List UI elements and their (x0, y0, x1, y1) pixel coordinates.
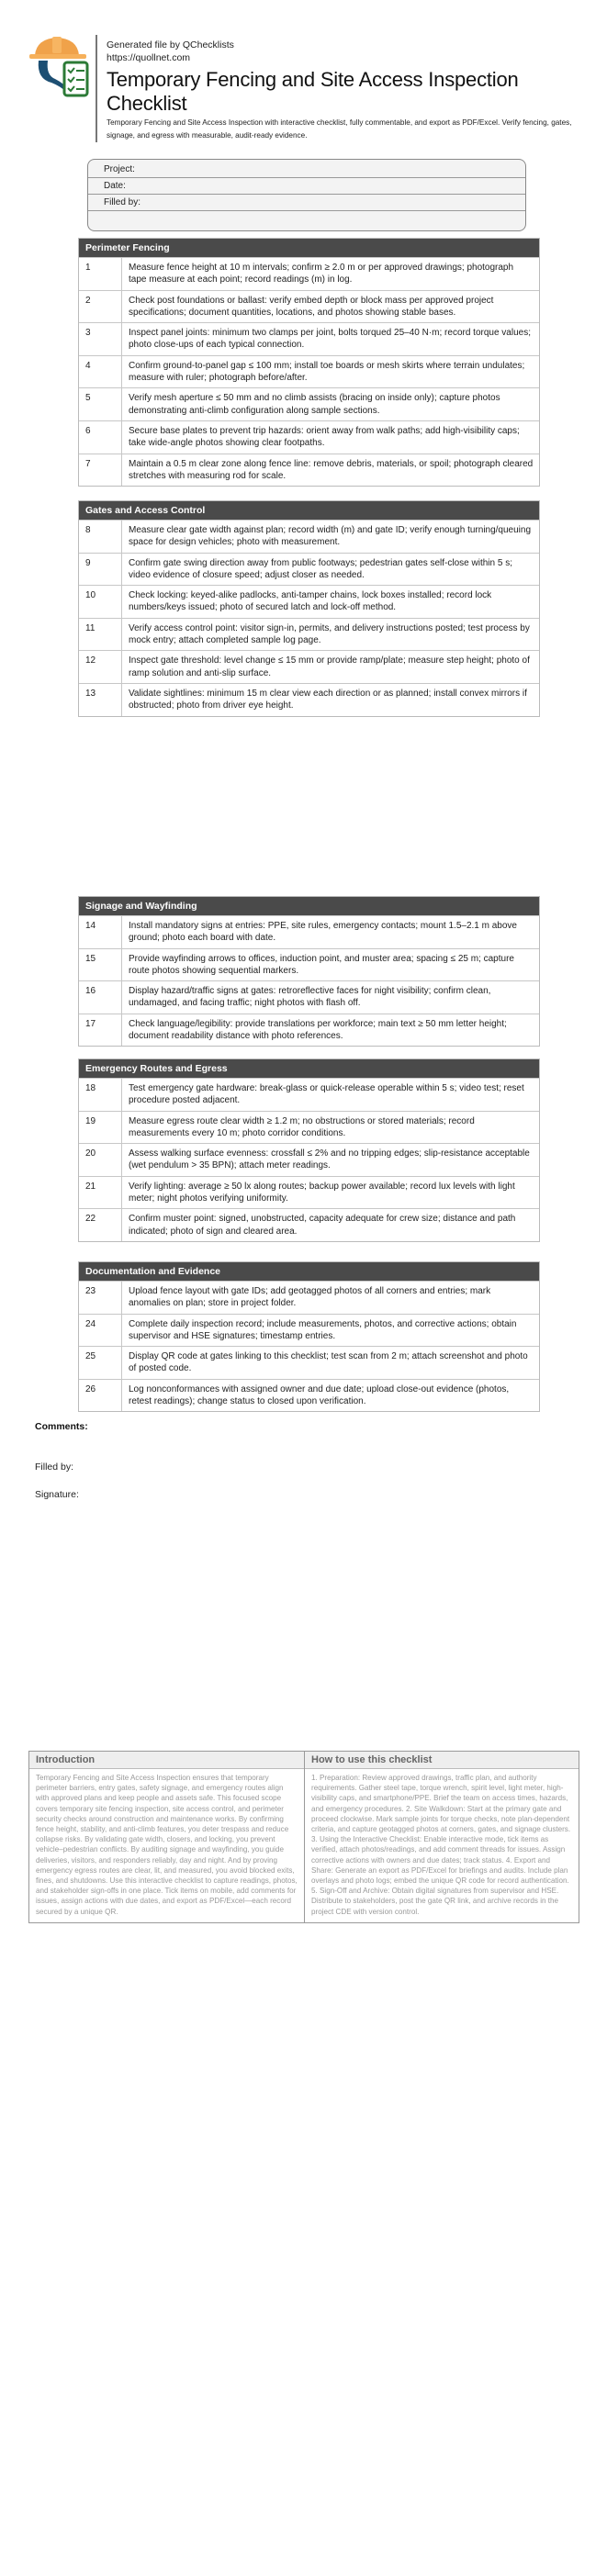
introduction-body: Temporary Fencing and Site Access Inspec… (29, 1769, 304, 1922)
item-number: 15 (79, 949, 122, 981)
item-text: Provide wayfinding arrows to offices, in… (122, 949, 539, 981)
item-number: 26 (79, 1380, 122, 1412)
item-number: 8 (79, 521, 122, 553)
checklist-item[interactable]: 23Upload fence layout with gate IDs; add… (79, 1281, 539, 1314)
checklist-item[interactable]: 16Display hazard/traffic signs at gates:… (79, 980, 539, 1014)
item-number: 5 (79, 388, 122, 420)
hardhat-checklist-logo-icon (28, 35, 92, 101)
checklist-item[interactable]: 15Provide wayfinding arrows to offices, … (79, 948, 539, 981)
page-title: Temporary Fencing and Site Access Inspec… (107, 68, 593, 116)
item-number: 12 (79, 651, 122, 683)
item-number: 3 (79, 323, 122, 355)
item-text: Validate sightlines: minimum 15 m clear … (122, 684, 539, 716)
checklist-item[interactable]: 6Secure base plates to prevent trip haza… (79, 420, 539, 454)
item-text: Inspect panel joints: minimum two clamps… (122, 323, 539, 355)
item-text: Inspect gate threshold: level change ≤ 1… (122, 651, 539, 683)
item-number: 24 (79, 1315, 122, 1347)
project-info-box: Project: Date: Filled by: (87, 159, 526, 231)
project-label: Project: (104, 164, 135, 174)
checklist-item[interactable]: 18Test emergency gate hardware: break-gl… (79, 1078, 539, 1111)
item-number: 25 (79, 1347, 122, 1379)
checklist-item[interactable]: 12Inspect gate threshold: level change ≤… (79, 650, 539, 683)
item-text: Confirm muster point: signed, unobstruct… (122, 1209, 539, 1241)
checklist-item[interactable]: 22Confirm muster point: signed, unobstru… (79, 1208, 539, 1241)
item-number: 1 (79, 258, 122, 290)
item-text: Log nonconformances with assigned owner … (122, 1380, 539, 1412)
item-number: 21 (79, 1177, 122, 1209)
info-panels: Introduction Temporary Fencing and Site … (28, 1751, 579, 1923)
section-title: Gates and Access Control (79, 501, 539, 520)
introduction-title: Introduction (29, 1752, 304, 1769)
checklist-item[interactable]: 25Display QR code at gates linking to th… (79, 1346, 539, 1379)
item-number: 10 (79, 586, 122, 618)
section-title: Documentation and Evidence (79, 1262, 539, 1281)
item-text: Maintain a 0.5 m clear zone along fence … (122, 454, 539, 487)
checklist-item[interactable]: 4Confirm ground-to-panel gap ≤ 100 mm; i… (79, 355, 539, 388)
date-label: Date: (104, 181, 126, 191)
item-number: 22 (79, 1209, 122, 1241)
item-text: Display QR code at gates linking to this… (122, 1347, 539, 1379)
item-number: 9 (79, 554, 122, 586)
checklist-item[interactable]: 2Check post foundations or ballast: veri… (79, 290, 539, 323)
item-text: Assess walking surface evenness: crossfa… (122, 1144, 539, 1176)
item-text: Verify mesh aperture ≤ 50 mm and no clim… (122, 388, 539, 420)
section-signage-wayfinding: Signage and Wayfinding14Install mandator… (78, 896, 540, 1047)
item-text: Test emergency gate hardware: break-glas… (122, 1079, 539, 1111)
signature-label: Signature: (35, 1489, 79, 1500)
document-header: Generated file by QChecklists https://qu… (107, 39, 593, 142)
checklist-item[interactable]: 10Check locking: keyed-alike padlocks, a… (79, 585, 539, 618)
item-text: Verify access control point: visitor sig… (122, 619, 539, 651)
item-number: 20 (79, 1144, 122, 1176)
checklist-item[interactable]: 13Validate sightlines: minimum 15 m clea… (79, 683, 539, 716)
checklist-item[interactable]: 5Verify mesh aperture ≤ 50 mm and no cli… (79, 387, 539, 420)
section-perimeter-fencing: Perimeter Fencing1Measure fence height a… (78, 238, 540, 487)
item-text: Install mandatory signs at entries: PPE,… (122, 916, 539, 948)
item-text: Check post foundations or ballast: verif… (122, 291, 539, 323)
item-text: Measure egress route clear width ≥ 1.2 m… (122, 1112, 539, 1144)
item-text: Confirm ground-to-panel gap ≤ 100 mm; in… (122, 356, 539, 388)
how-to-use-panel: How to use this checklist 1. Preparation… (304, 1752, 579, 1922)
item-number: 4 (79, 356, 122, 388)
filled-by-field[interactable]: Filled by: (88, 195, 525, 211)
item-text: Complete daily inspection record; includ… (122, 1315, 539, 1347)
item-number: 17 (79, 1014, 122, 1047)
section-gates-access-control: Gates and Access Control8Measure clear g… (78, 500, 540, 717)
how-to-use-body: 1. Preparation: Review approved drawings… (305, 1769, 579, 1922)
item-text: Verify lighting: average ≥ 50 lx along r… (122, 1177, 539, 1209)
section-documentation-evidence: Documentation and Evidence23Upload fence… (78, 1261, 540, 1412)
generated-by-text: Generated file by QChecklists (107, 39, 593, 51)
project-field[interactable]: Project: (88, 160, 525, 178)
page-description: Temporary Fencing and Site Access Inspec… (107, 117, 593, 142)
item-text: Measure fence height at 10 m intervals; … (122, 258, 539, 290)
section-title: Emergency Routes and Egress (79, 1059, 539, 1078)
checklist-item[interactable]: 8Measure clear gate width against plan; … (79, 520, 539, 553)
item-number: 16 (79, 981, 122, 1014)
source-url-link[interactable]: https://quollnet.com (107, 51, 593, 64)
checklist-item[interactable]: 14Install mandatory signs at entries: PP… (79, 915, 539, 948)
checklist-item[interactable]: 17Check language/legibility: provide tra… (79, 1014, 539, 1047)
item-number: 7 (79, 454, 122, 487)
item-number: 19 (79, 1112, 122, 1144)
how-to-use-title: How to use this checklist (305, 1752, 579, 1769)
filled-by-signoff-label: Filled by: (35, 1462, 73, 1473)
date-field[interactable]: Date: (88, 178, 525, 195)
item-number: 18 (79, 1079, 122, 1111)
item-text: Upload fence layout with gate IDs; add g… (122, 1282, 539, 1314)
checklist-item[interactable]: 1Measure fence height at 10 m intervals;… (79, 257, 539, 290)
item-number: 2 (79, 291, 122, 323)
section-emergency-routes: Emergency Routes and Egress18Test emerge… (78, 1058, 540, 1242)
item-text: Confirm gate swing direction away from p… (122, 554, 539, 586)
item-text: Check locking: keyed-alike padlocks, ant… (122, 586, 539, 618)
item-text: Display hazard/traffic signs at gates: r… (122, 981, 539, 1014)
introduction-panel: Introduction Temporary Fencing and Site … (29, 1752, 304, 1922)
checklist-item[interactable]: 26Log nonconformances with assigned owne… (79, 1379, 539, 1412)
checklist-item[interactable]: 20Assess walking surface evenness: cross… (79, 1143, 539, 1176)
item-text: Secure base plates to prevent trip hazar… (122, 421, 539, 454)
item-number: 14 (79, 916, 122, 948)
item-number: 23 (79, 1282, 122, 1314)
checklist-item[interactable]: 3Inspect panel joints: minimum two clamp… (79, 322, 539, 355)
section-title: Perimeter Fencing (79, 239, 539, 257)
checklist-item[interactable]: 19Measure egress route clear width ≥ 1.2… (79, 1111, 539, 1144)
item-number: 13 (79, 684, 122, 716)
filled-by-label: Filled by: (104, 197, 141, 207)
checklist-item[interactable]: 9Confirm gate swing direction away from … (79, 553, 539, 586)
item-text: Check language/legibility: provide trans… (122, 1014, 539, 1047)
checklist-item[interactable]: 11Verify access control point: visitor s… (79, 618, 539, 651)
checklist-item[interactable]: 24Complete daily inspection record; incl… (79, 1314, 539, 1347)
item-number: 6 (79, 421, 122, 454)
item-number: 11 (79, 619, 122, 651)
header-divider (96, 35, 97, 142)
item-text: Measure clear gate width against plan; r… (122, 521, 539, 553)
checklist-item[interactable]: 21Verify lighting: average ≥ 50 lx along… (79, 1176, 539, 1209)
section-title: Signage and Wayfinding (79, 897, 539, 915)
comments-label: Comments: (35, 1421, 88, 1432)
checklist-item[interactable]: 7Maintain a 0.5 m clear zone along fence… (79, 454, 539, 487)
